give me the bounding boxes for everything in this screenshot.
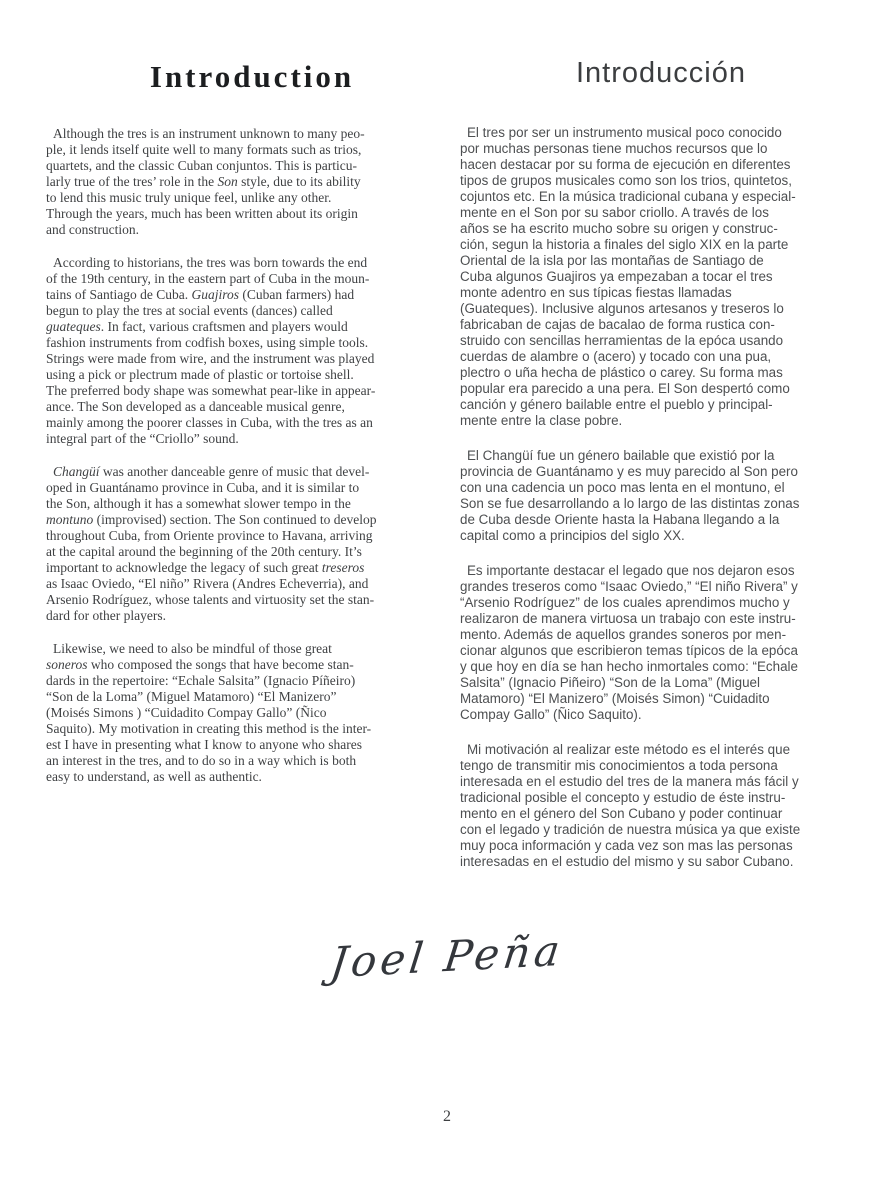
english-title: Introduction [46, 58, 458, 96]
text-run: Es importante destacar el legado que nos… [460, 563, 798, 722]
italic-text-run: guateques [46, 319, 101, 334]
italic-text-run: Changüí [53, 464, 100, 479]
paragraph: El Changüí fue un género bailable que ex… [460, 448, 862, 544]
text-run: . In fact, various craftsmen and players… [46, 319, 375, 446]
spanish-title: Introducción [460, 54, 862, 92]
paragraph: El tres por ser un instrumento musical p… [460, 125, 862, 429]
text-run: Likewise, we need to also be mindful of … [53, 641, 332, 656]
author-signature: Joel Peña [0, 908, 894, 1004]
english-column: Introduction Although the tres is an ins… [46, 58, 458, 802]
italic-text-run: soneros [46, 657, 88, 672]
text-run: Mi motivación al realizar este método es… [460, 742, 800, 869]
page-number: 2 [0, 1108, 894, 1126]
paragraph: Mi motivación al realizar este método es… [460, 742, 862, 870]
paragraph: Es importante destacar el legado que nos… [460, 563, 862, 723]
italic-text-run: treseros [322, 560, 365, 575]
italic-text-run: montuno [46, 512, 93, 527]
spanish-column: Introducción El tres por ser un instrume… [460, 54, 862, 889]
text-run: El Changüí fue un género bailable que ex… [460, 448, 799, 543]
paragraph: According to historians, the tres was bo… [46, 255, 458, 447]
text-run: El tres por ser un instrumento musical p… [460, 125, 796, 428]
paragraph: Although the tres is an instrument unkno… [46, 126, 458, 238]
text-run: as Isaac Oviedo, “El niño” Rivera (Andre… [46, 576, 374, 623]
italic-text-run: Son [217, 174, 237, 189]
english-body: Although the tres is an instrument unkno… [46, 126, 458, 785]
paragraph: Changüí was another danceable genre of m… [46, 464, 458, 624]
italic-text-run: Guajiros [191, 287, 239, 302]
text-run: who composed the songs that have become … [46, 657, 371, 784]
spanish-body: El tres por ser un instrumento musical p… [460, 125, 862, 870]
book-page: Introduction Although the tres is an ins… [0, 0, 894, 1200]
paragraph: Likewise, we need to also be mindful of … [46, 641, 458, 785]
